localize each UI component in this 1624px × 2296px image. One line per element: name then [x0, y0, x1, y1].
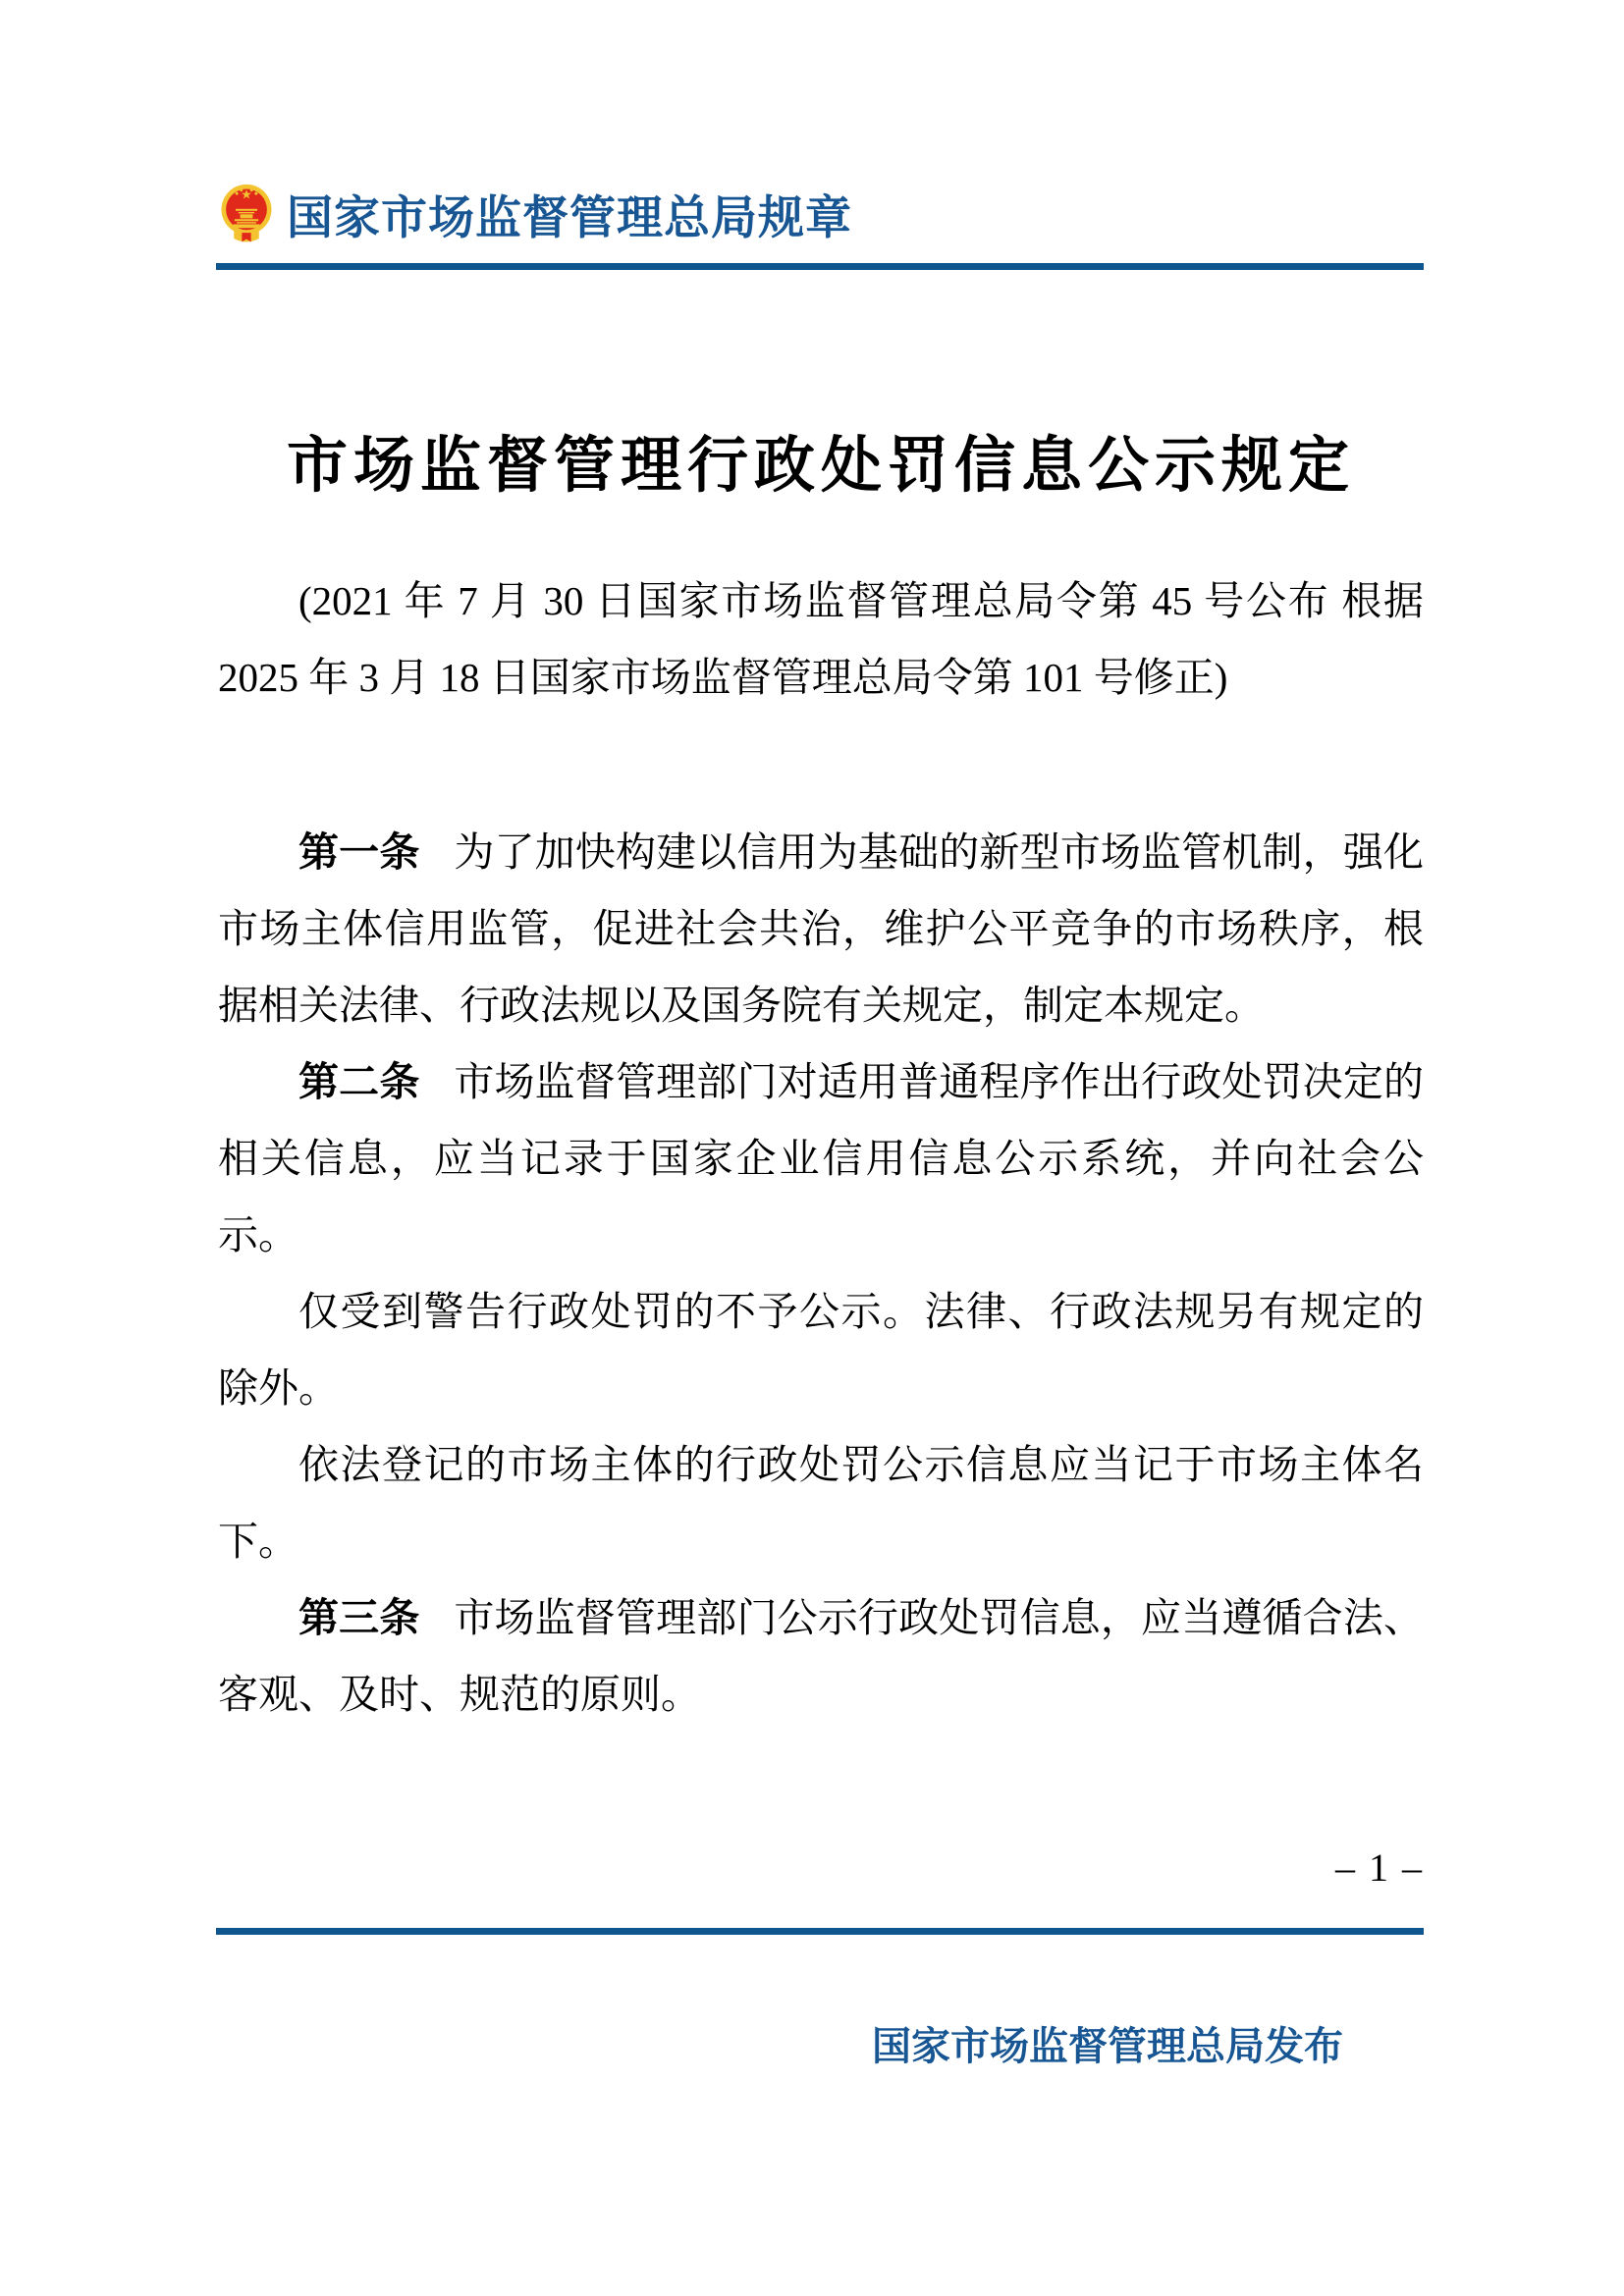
- clause-number-label: 第二条: [298, 1059, 419, 1104]
- page-number: – 1 –: [1335, 1844, 1424, 1891]
- clause-paragraph-3: 仅受到警告行政处罚的不予公示。法律、行政法规另有规定的除外。: [218, 1273, 1424, 1426]
- clause-text: 依法登记的市场主体的行政处罚公示信息应当记于市场主体名下。: [218, 1442, 1424, 1564]
- document-title: 市场监督管理行政处罚信息公示规定: [218, 416, 1424, 504]
- clause-number-label: 第一条: [298, 829, 419, 875]
- masthead: 国家市场监督管理总局规章: [218, 177, 852, 251]
- clause-paragraph-2: 第二条市场监督管理部门对适用普通程序作出行政处罚决定的相关信息，应当记录于国家企…: [218, 1043, 1424, 1273]
- publisher-line: 国家市场监督管理总局发布: [872, 2015, 1343, 2071]
- masthead-title: 国家市场监督管理总局规章: [287, 182, 852, 247]
- document-body: 第一条为了加快构建以信用为基础的新型市场监管机制，强化市场主体信用监管，促进社会…: [218, 814, 1424, 1733]
- clause-paragraph-5: 第三条市场监督管理部门公示行政处罚信息，应当遵循合法、客观、及时、规范的原则。: [218, 1579, 1424, 1733]
- national-emblem-icon: [218, 182, 275, 246]
- header-divider: [216, 263, 1424, 270]
- clause-number-label: 第三条: [298, 1595, 419, 1640]
- footer-divider: [216, 1928, 1424, 1935]
- clause-text: 仅受到警告行政处罚的不予公示。法律、行政法规另有规定的除外。: [218, 1289, 1424, 1411]
- promulgation-note: (2021 年 7 月 30 日国家市场监督管理总局令第 45 号公布 根据 2…: [218, 562, 1424, 716]
- clause-paragraph-1: 第一条为了加快构建以信用为基础的新型市场监管机制，强化市场主体信用监管，促进社会…: [218, 814, 1424, 1043]
- clause-paragraph-4: 依法登记的市场主体的行政处罚公示信息应当记于市场主体名下。: [218, 1426, 1424, 1579]
- document-page: 国家市场监督管理总局规章 市场监督管理行政处罚信息公示规定 (2021 年 7 …: [0, 0, 1624, 2296]
